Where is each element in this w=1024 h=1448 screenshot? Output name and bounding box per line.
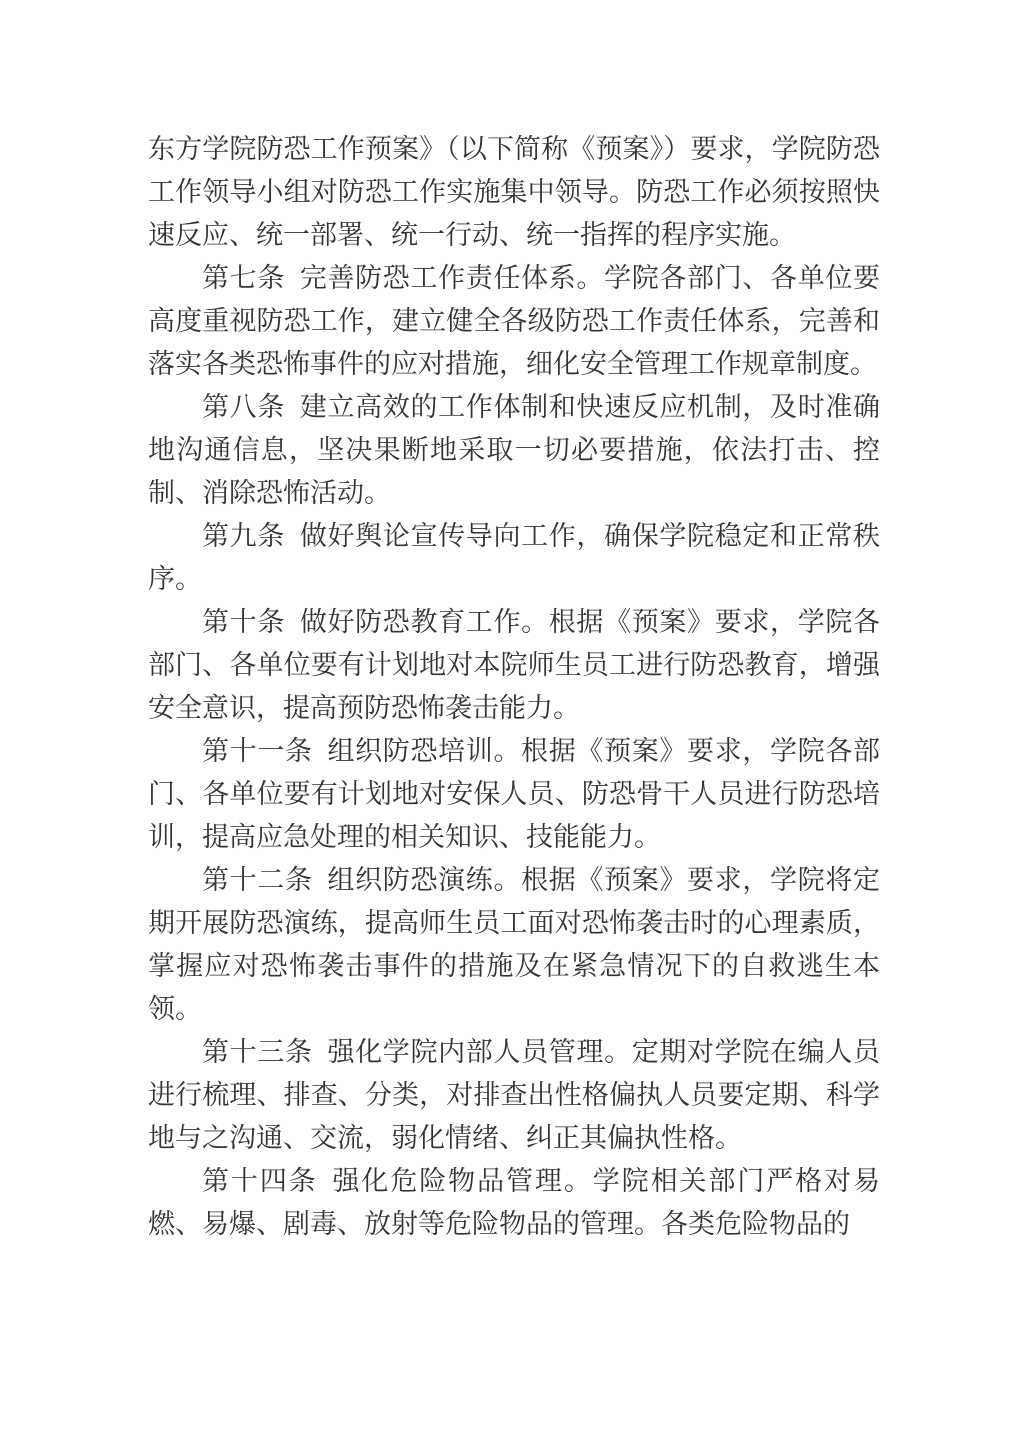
- paragraph: 第十一条组织防恐培训。根据《预案》要求，学院各部门、各单位要有计划地对安保人员、…: [148, 730, 880, 859]
- article-number: 第十一条: [202, 736, 313, 766]
- paragraph: 第十二条组织防恐演练。根据《预案》要求，学院将定期开展防恐演练，提高师生员工面对…: [148, 859, 880, 1031]
- article-number: 第十四条: [202, 1166, 318, 1196]
- paragraph: 第七条完善防恐工作责任体系。学院各部门、各单位要高度重视防恐工作，建立健全各级防…: [148, 257, 880, 386]
- document-body: 东方学院防恐工作预案》（以下简称《预案》）要求，学院防恐工作领导小组对防恐工作实…: [148, 128, 880, 1246]
- article-number: 第十二条: [202, 865, 313, 895]
- article-number: 第十条: [202, 607, 285, 637]
- article-number: 第七条: [202, 263, 285, 293]
- paragraph: 第九条做好舆论宣传导向工作，确保学院稳定和正常秩序。: [148, 515, 880, 601]
- article-number: 第九条: [202, 521, 285, 551]
- paragraph-text: 东方学院防恐工作预案》（以下简称《预案》）要求，学院防恐工作领导小组对防恐工作实…: [148, 134, 880, 250]
- paragraph: 第十四条强化危险物品管理。学院相关部门严格对易燃、易爆、剧毒、放射等危险物品的管…: [148, 1160, 880, 1246]
- document-page: 东方学院防恐工作预案》（以下简称《预案》）要求，学院防恐工作领导小组对防恐工作实…: [0, 0, 1024, 1448]
- paragraph: 第十条做好防恐教育工作。根据《预案》要求，学院各部门、各单位要有计划地对本院师生…: [148, 601, 880, 730]
- paragraph: 第八条建立高效的工作体制和快速反应机制，及时准确地沟通信息，坚决果断地采取一切必…: [148, 386, 880, 515]
- paragraph: 东方学院防恐工作预案》（以下简称《预案》）要求，学院防恐工作领导小组对防恐工作实…: [148, 128, 880, 257]
- paragraph: 第十三条强化学院内部人员管理。定期对学院在编人员进行梳理、排查、分类，对排查出性…: [148, 1031, 880, 1160]
- article-number: 第十三条: [202, 1037, 313, 1067]
- article-number: 第八条: [202, 392, 285, 422]
